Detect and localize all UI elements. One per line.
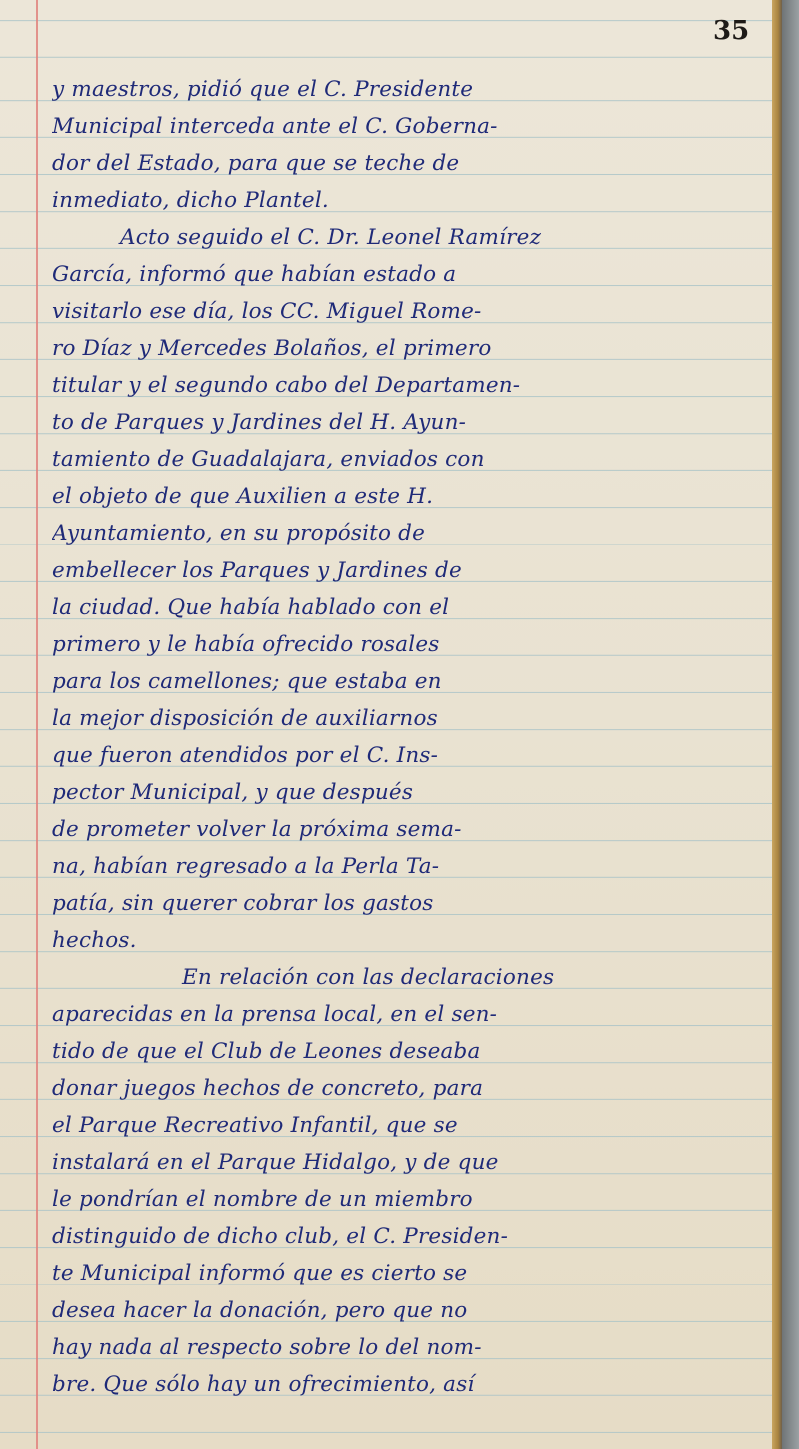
page-stack-edge — [772, 0, 782, 1449]
text-line: to de Parques y Jardines del H. Ayun- — [52, 404, 767, 441]
text-line: hay nada al respecto sobre lo del nom- — [52, 1329, 767, 1366]
text-line: na, habían regresado a la Perla Ta- — [52, 848, 767, 885]
text-line: inmediato, dicho Plantel. — [52, 182, 767, 219]
text-line: Municipal interceda ante el C. Goberna- — [52, 108, 767, 145]
text-line: visitarlo ese día, los CC. Miguel Rome- — [52, 293, 767, 330]
ledger-page: 35 y maestros, pidió que el C. President… — [0, 0, 772, 1449]
background-surface — [782, 0, 799, 1449]
text-line: pector Municipal, y que después — [52, 774, 767, 811]
paragraph-start-line: Acto seguido el C. Dr. Leonel Ramírez — [52, 219, 767, 256]
text-line: ro Díaz y Mercedes Bolaños, el primero — [52, 330, 767, 367]
text-line: le pondrían el nombre de un miembro — [52, 1181, 767, 1218]
text-line: Ayuntamiento, en su propósito de — [52, 515, 767, 552]
text-line: primero y le había ofrecido rosales — [52, 626, 767, 663]
paragraph-start-line: En relación con las declaraciones — [52, 959, 767, 996]
red-margin-line — [36, 0, 38, 1449]
text-line: para los camellones; que estaba en — [52, 663, 767, 700]
text-line: y maestros, pidió que el C. Presidente — [52, 71, 767, 108]
text-line: el objeto de que Auxilien a este H. — [52, 478, 767, 515]
text-line: te Municipal informó que es cierto se — [52, 1255, 767, 1292]
text-line: la ciudad. Que había hablado con el — [52, 589, 767, 626]
text-line: bre. Que sólo hay un ofrecimiento, así — [52, 1366, 767, 1403]
text-line: embellecer los Parques y Jardines de — [52, 552, 767, 589]
text-line: García, informó que habían estado a — [52, 256, 767, 293]
text-line: desea hacer la donación, pero que no — [52, 1292, 767, 1329]
text-line: titular y el segundo cabo del Departamen… — [52, 367, 767, 404]
text-line: la mejor disposición de auxiliarnos — [52, 700, 767, 737]
text-line: el Parque Recreativo Infantil, que se — [52, 1107, 767, 1144]
text-line: instalará en el Parque Hidalgo, y de que — [52, 1144, 767, 1181]
text-line: aparecidas en la prensa local, en el sen… — [52, 996, 767, 1033]
text-line: de prometer volver la próxima sema- — [52, 811, 767, 848]
text-line: que fueron atendidos por el C. Ins- — [52, 737, 767, 774]
text-line: distinguido de dicho club, el C. Preside… — [52, 1218, 767, 1255]
text-line: dor del Estado, para que se teche de — [52, 145, 767, 182]
text-line: tamiento de Guadalajara, enviados con — [52, 441, 767, 478]
handwritten-text-body: y maestros, pidió que el C. Presidente M… — [52, 71, 767, 1403]
text-line: hechos. — [52, 922, 767, 959]
text-line: donar juegos hechos de concreto, para — [52, 1070, 767, 1107]
text-line: patía, sin querer cobrar los gastos — [52, 885, 767, 922]
page-number: 35 — [713, 16, 749, 46]
text-line: tido de que el Club de Leones deseaba — [52, 1033, 767, 1070]
